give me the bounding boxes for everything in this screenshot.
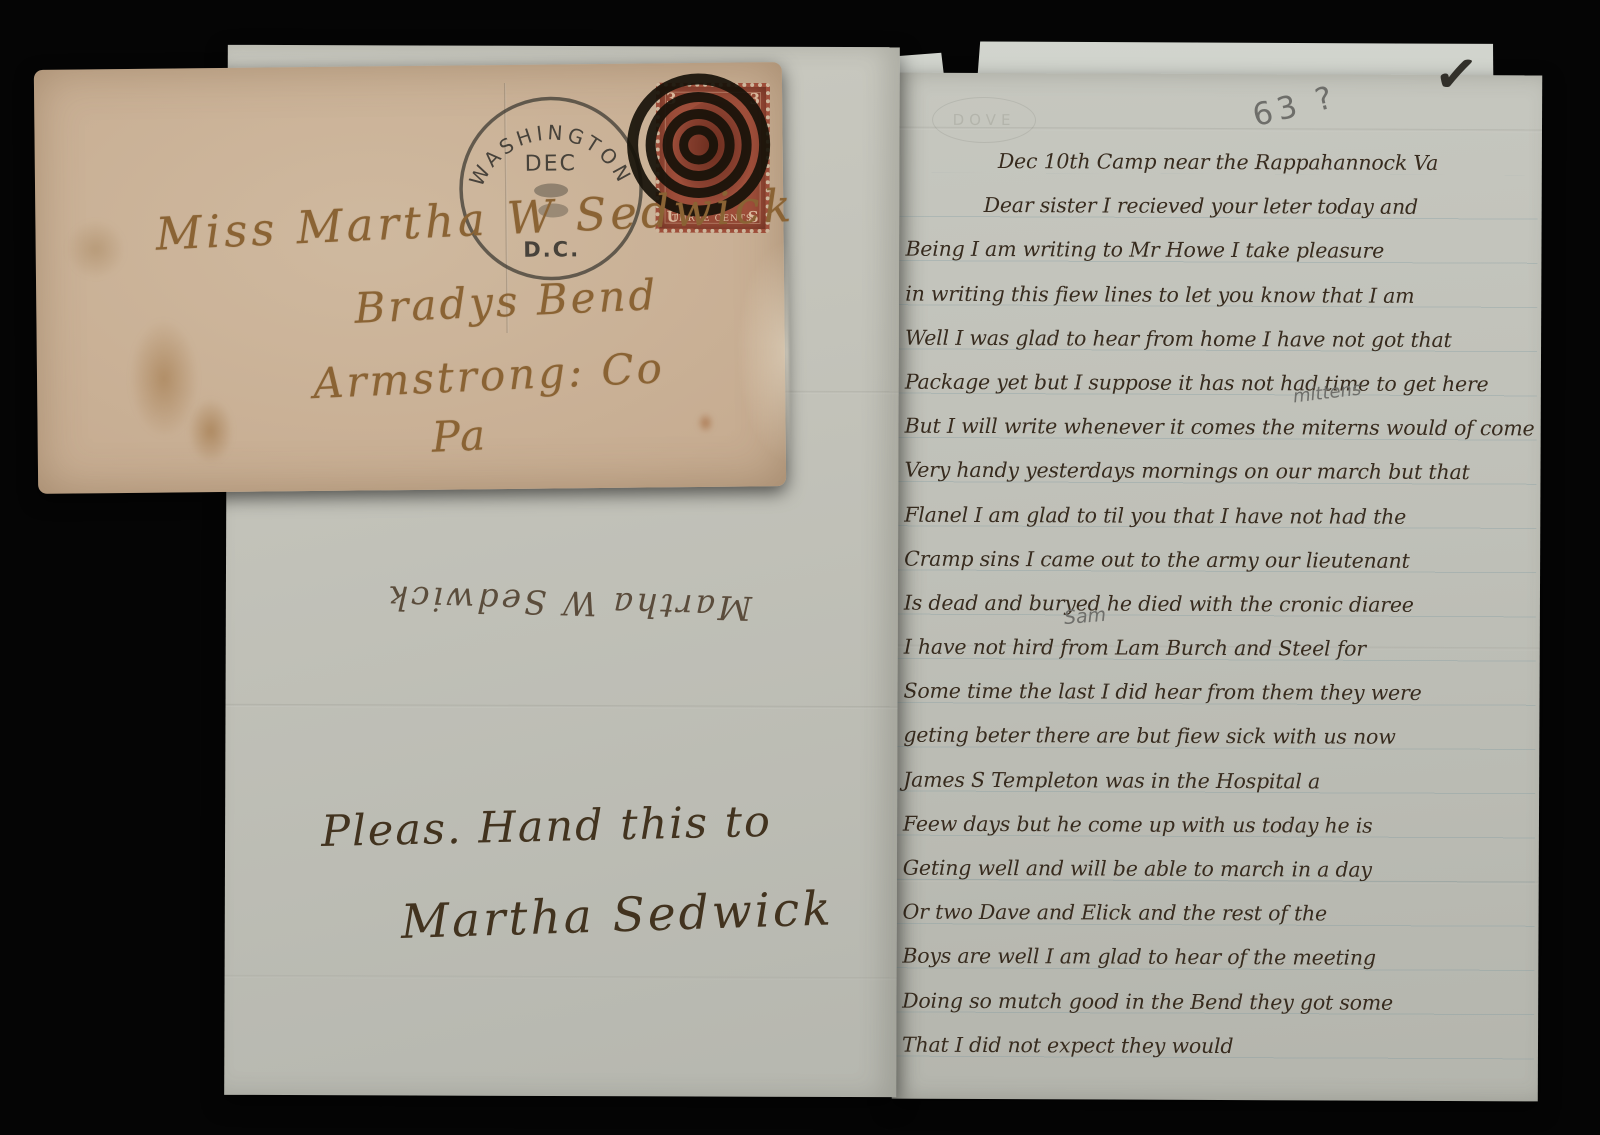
embossed-stationer-mark: DOVE [932,97,1036,143]
envelope: WASHINGTON DEC D.C. 3 3 U S THREE CENTS [34,62,786,494]
letter-line: Feew days but he come up with us today h… [903,801,1535,848]
envelope-address-line: Bradys Bend [353,270,659,333]
letter-line: Dear sister I recieved your leter today … [906,183,1538,230]
letter-line: in writing this fiew lines to let you kn… [905,271,1537,318]
forwarding-note-line2: Martha Sedwick [400,881,834,950]
letter-line: Geting well and will be able to march in… [903,846,1535,893]
envelope-address-line: Pa [431,410,489,461]
pencil-correction-sam: Sam [1063,604,1107,629]
check-mark: ✓ [1431,42,1481,107]
letter-line: Doing so mutch good in the Bend they got… [902,978,1534,1025]
letter-line: Being I am writing to Mr Howe I take ple… [905,227,1537,274]
stain [65,219,126,280]
envelope-address-line: Armstrong: Co [312,343,666,408]
letter-line: But I will write whenever it comes the m… [905,404,1537,451]
stain [697,413,713,433]
reversed-address-name: Martha W Sedwick [269,575,752,628]
letter-line: Flanel I am glad to til you that I have … [904,492,1536,539]
letter-line: Is dead and buryed he died with the cron… [904,581,1536,628]
pencil-catalog-number: 63 ? [1249,79,1341,134]
stain [187,398,234,464]
letter-line: James S Templeton was in the Hospital a [903,757,1535,804]
letter-line: I have not hird from Lam Burch and Steel… [904,625,1536,672]
postmark-month: DEC [525,151,577,177]
photograph-background: DOVE 63 ? Dec 10th Camp near the Rappaha… [0,0,1600,1135]
letter-line: Well I was glad to hear from home I have… [905,315,1537,362]
letter-line: Cramp sins I came out to the army our li… [904,536,1536,583]
torn-edge [732,232,791,473]
letter-line: Package yet but I suppose it has not had… [905,360,1537,407]
letter-body: Dec 10th Camp near the Rappahannock Va D… [902,139,1538,1070]
embossed-mark-text: DOVE [953,111,1016,129]
fold-crease [225,975,897,980]
letter-page: DOVE 63 ? Dec 10th Camp near the Rappaha… [892,73,1542,1102]
letter-line: Very handy yesterdays mornings on our ma… [904,448,1536,495]
forwarding-note-line1: Pleas. Hand this to [321,797,773,857]
letter-line: geting beter there are but fiew sick wit… [903,713,1535,760]
letter-line: That I did not expect they would [902,1022,1534,1069]
fold-crease [226,704,898,709]
letter-line: Some time the last I did hear from them … [903,669,1535,716]
letter-line: Or two Dave and Elick and the rest of th… [902,890,1534,937]
letter-line: Dec 10th Camp near the Rappahannock Va [906,139,1538,186]
letter-line: Boys are well I am glad to hear of the m… [902,934,1534,981]
